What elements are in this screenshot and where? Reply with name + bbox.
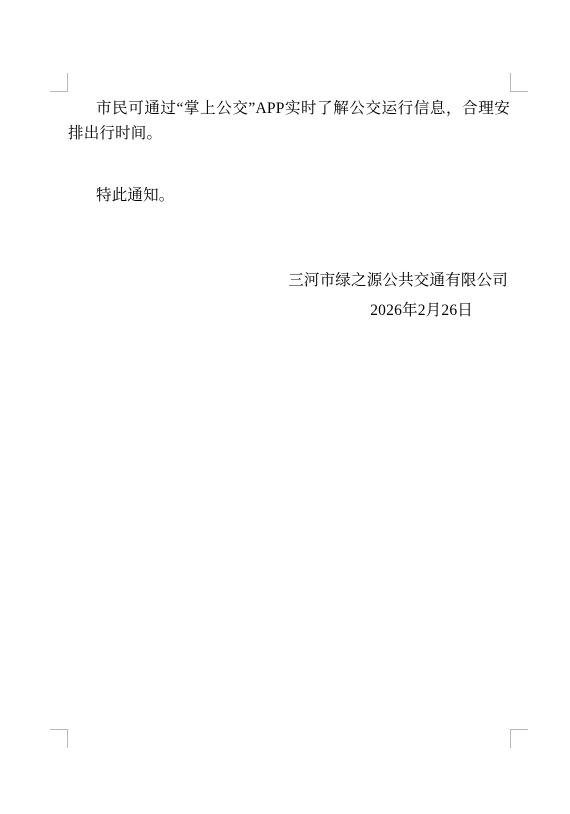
body-paragraph: 市民可通过“掌上公交”APP实时了解公交运行信息，合理安排出行时间。 xyxy=(68,96,510,146)
document-page: 市民可通过“掌上公交”APP实时了解公交运行信息，合理安排出行时间。 特此通知。… xyxy=(0,0,570,814)
signature-date: 2026年2月26日 xyxy=(68,296,510,326)
text-boundary-mark-top-left xyxy=(50,73,68,92)
text-boundary-mark-bottom-left xyxy=(50,729,68,748)
signature-company: 三河市绿之源公共交通有限公司 xyxy=(68,266,510,296)
text-boundary-mark-top-right xyxy=(510,73,528,92)
document-content: 市民可通过“掌上公交”APP实时了解公交运行信息，合理安排出行时间。 特此通知。… xyxy=(68,96,510,326)
text-boundary-mark-bottom-right xyxy=(510,729,528,748)
closing-notice: 特此通知。 xyxy=(68,183,510,208)
